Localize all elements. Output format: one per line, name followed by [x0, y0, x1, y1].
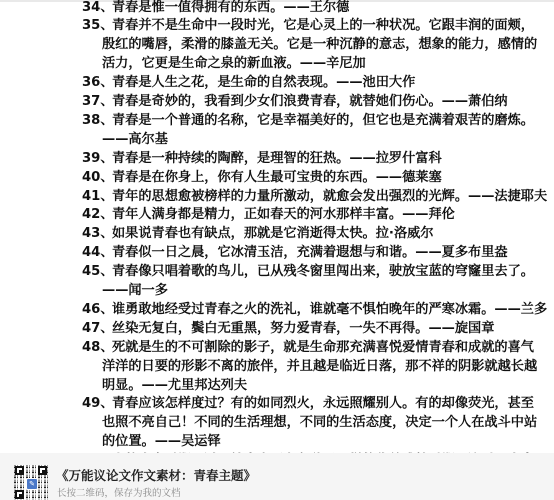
quote-text: 青春是人生之花，是生命的自然表现。——池田大作 — [112, 73, 415, 92]
quote-number: 44、 — [82, 243, 114, 262]
quote-line: 34、青春是惟一值得拥有的东西。——王尔德 — [0, 0, 554, 17]
quote-line: 40、青春是在你身上，你有人生最可宝贵的东西。——德莱塞 — [0, 168, 554, 187]
quote-text: 死就是生的不可割除的影子，就是生命那充满喜悦爱情青春和成就的喜气 — [112, 338, 534, 357]
quote-number: 49、 — [82, 394, 114, 413]
quote-line: 43、如果说青春也有缺点，那就是它消逝得太快。拉·洛威尔 — [0, 224, 554, 243]
quote-text: 青春像只唱着歌的鸟儿，已从残冬窗里闯出来，驶放宝蓝的穹窿里去了。 — [112, 262, 534, 281]
quote-text: 如果说青春也有缺点，那就是它消逝得太快。拉·洛威尔 — [112, 224, 434, 243]
quote-line: 48、死就是生的不可割除的影子，就是生命那充满喜悦爱情青春和成就的喜气 — [0, 338, 554, 357]
quote-line: 殷红的嘴唇，柔滑的膝盖无关。它是一种沉静的意志，想象的能力，感情的 — [0, 35, 554, 54]
quote-line: 36、青春是人生之花，是生命的自然表现。——池田大作 — [0, 73, 554, 92]
share-footer: ✎ 《万能议论文作文素材：青春主题》 长按二维码，保存为我的文档 — [0, 453, 554, 500]
quote-number: 38、 — [82, 111, 114, 130]
quote-line: ——闻一多 — [0, 281, 554, 300]
quote-line: 活力，它更是生命之泉的新血液。——辛尼加 — [0, 54, 554, 73]
qr-finder-bottom-left — [15, 490, 24, 499]
quote-line: ——高尔基 — [0, 130, 554, 149]
qr-finder-top-left — [15, 466, 24, 475]
quote-line: 明显。——尤里邦达列夫 — [0, 376, 554, 395]
quote-text: 青年人满身都是精力，正如春天的河水那样丰富。——拜伦 — [112, 205, 455, 224]
quote-text: 丝染无复白，鬓白无重黑，努力爱青春，一失不再得。——旋国章 — [112, 319, 494, 338]
quote-line: 35、青春并不是生命中一段时光，它是心灵上的一种状况。它跟丰润的面颊， — [0, 16, 554, 35]
quote-number: 40、 — [82, 168, 114, 187]
qr-finder-top-right — [38, 466, 47, 475]
quote-text: 青春是在你身上，你有人生最可宝贵的东西。——德莱塞 — [112, 168, 442, 187]
quote-number: 48、 — [82, 338, 114, 357]
quote-number: 37、 — [82, 92, 114, 111]
quote-text: ——高尔基 — [102, 130, 168, 149]
quote-line: 47、丝染无复白，鬓白无重黑，努力爱青春，一失不再得。——旋国章 — [0, 319, 554, 338]
quote-text: 青春是一种持续的陶醉，是理智的狂热。——拉罗什富科 — [112, 149, 442, 168]
quote-number: 47、 — [82, 319, 114, 338]
quote-text: 青春是奇妙的，我看到少女们浪费青春，就替她们伤心。——萧伯纳 — [112, 92, 508, 111]
quote-number: 42、 — [82, 205, 114, 224]
quote-line: 42、青年人满身都是精力，正如春天的河水那样丰富。——拜伦 — [0, 205, 554, 224]
quote-text: 明显。——尤里邦达列夫 — [102, 376, 247, 395]
quote-line: 44、青春似一日之晨，它冰清玉洁，充满着遐想与和谐。——夏多布里盎 — [0, 243, 554, 262]
save-hint: 长按二维码，保存为我的文档 — [57, 485, 181, 499]
quote-line: 洋洋的日要的形影不离的旅伴，并且越是临近日落，那不祥的阴影就越长越 — [0, 357, 554, 376]
quote-text: 青春应该怎样度过？有的如同烈火，永远照耀别人。有的却像荧光，甚至 — [112, 394, 534, 413]
quote-line: 49、青春应该怎样度过？有的如同烈火，永远照耀别人。有的却像荧光，甚至 — [0, 394, 554, 413]
quote-number: 46、 — [82, 300, 114, 319]
quote-line: 也照不亮自己！不同的生活理想，不同的生活态度，决定一个人在战斗中站 — [0, 413, 554, 432]
quote-line: 39、青春是一种持续的陶醉，是理智的狂热。——拉罗什富科 — [0, 149, 554, 168]
document-title: 《万能议论文作文素材：青春主题》 — [56, 466, 256, 484]
quote-number: 34、 — [82, 0, 114, 17]
quote-line: 45、青春像只唱着歌的鸟儿，已从残冬窗里闯出来，驶放宝蓝的穹窿里去了。 — [0, 262, 554, 281]
quote-number: 39、 — [82, 149, 114, 168]
quote-line: 38、青春是一个普通的名称，它是幸福美好的，但它也是充满着艰苦的磨炼。 — [0, 111, 554, 130]
quote-text: 也照不亮自己！不同的生活理想，不同的生活态度，决定一个人在战斗中站 — [102, 413, 537, 432]
quote-line: 37、青春是奇妙的，我看到少女们浪费青春，就替她们伤心。——萧伯纳 — [0, 92, 554, 111]
quote-text: 青春是一个普通的名称，它是幸福美好的，但它也是充满着艰苦的磨炼。 — [112, 111, 534, 130]
quote-number: 41、 — [82, 187, 114, 206]
app-logo-icon: ✎ — [26, 478, 38, 490]
quote-number: 45、 — [82, 262, 114, 281]
quote-text: 青年的思想愈被榜样的力量所激动，就愈会发出强烈的光辉。——法捷耶夫 — [112, 187, 547, 206]
quote-number: 43、 — [82, 224, 114, 243]
quote-text: 青春是惟一值得拥有的东西。——王尔德 — [112, 0, 349, 17]
quote-text: 青春似一日之晨，它冰清玉洁，充满着遐想与和谐。——夏多布里盎 — [112, 243, 508, 262]
quote-text: 青春并不是生命中一段时光，它是心灵上的一种状况。它跟丰润的面颊， — [112, 16, 534, 35]
quote-text: 殷红的嘴唇，柔滑的膝盖无关。它是一种沉静的意志，想象的能力，感情的 — [102, 35, 537, 54]
quote-line: 46、谁勇敢地经受过青春之火的洗礼，谁就毫不惧怕晚年的严寒冰霜。——兰多 — [0, 300, 554, 319]
quote-line: 的位置。——吴运铎 — [0, 432, 554, 451]
quote-text: 谁勇敢地经受过青春之火的洗礼，谁就毫不惧怕晚年的严寒冰霜。——兰多 — [112, 300, 547, 319]
quote-number: 36、 — [82, 73, 114, 92]
qr-code-icon[interactable]: ✎ — [14, 465, 48, 500]
quote-text: 洋洋的日要的形影不离的旅伴，并且越是临近日落，那不祥的阴影就越长越 — [102, 357, 537, 376]
quote-text: 的位置。——吴运铎 — [102, 432, 221, 451]
quote-number: 35、 — [82, 16, 114, 35]
quote-line: 41、青年的思想愈被榜样的力量所激动，就愈会发出强烈的光辉。——法捷耶夫 — [0, 187, 554, 206]
quote-text: ——闻一多 — [102, 281, 168, 300]
quote-text: 活力，它更是生命之泉的新血液。——辛尼加 — [102, 54, 366, 73]
